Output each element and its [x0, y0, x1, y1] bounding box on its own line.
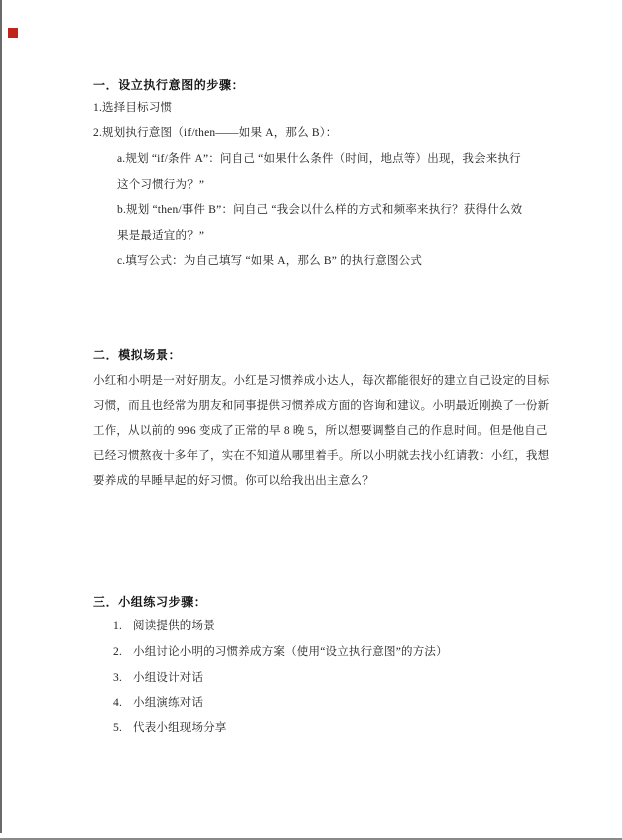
practice-step-5: 代表小组现场分享	[133, 721, 227, 735]
practice-step-4: 小组演练对话	[133, 696, 203, 710]
section-1-item-2: 2.规划执行意图（if/then——如果 A，那么 B）：	[93, 126, 337, 140]
section-2-paragraph-line-1: 小红和小明是一对好朋友。小红是习惯养成小达人，每次都能很好的建立自己设定的目标	[93, 374, 549, 388]
practice-step-3-number: 3.	[113, 671, 122, 685]
section-1-sub-a-line-2: 这个习惯行为？”	[117, 178, 204, 192]
section-1-sub-c: c.填写公式：为自己填写 “如果 A，那么 B” 的执行意图公式	[117, 254, 422, 268]
section-2-paragraph-line-5: 要养成的早睡早起的好习惯。你可以给我出出主意么？	[93, 474, 374, 488]
section-3-heading: 三．小组练习步骤：	[93, 595, 206, 609]
practice-step-1-number: 1.	[113, 619, 122, 633]
section-1-sub-a-line-1: a.规划 “if/条件 A”：问自己 “如果什么条件（时间，地点等）出现，我会来…	[117, 152, 521, 166]
section-2-paragraph-line-2: 习惯，而且也经常为朋友和同事提供习惯养成方面的咨询和建议。小明最近刚换了一份新	[93, 399, 549, 413]
practice-step-3: 小组设计对话	[133, 671, 203, 685]
practice-step-1: 阅读提供的场景	[133, 619, 215, 633]
section-2-paragraph-line-4: 已经习惯熬夜十多年了，实在不知道从哪里着手。所以小明就去找小红请教：小红，我想	[93, 449, 549, 463]
practice-step-5-number: 5.	[113, 721, 122, 735]
practice-step-2: 小组讨论小明的习惯养成方案（使用“设立执行意图”的方法）	[133, 645, 448, 659]
red-marker-icon	[8, 28, 18, 38]
practice-step-2-number: 2.	[113, 645, 122, 659]
section-1-heading: 一．设立执行意图的步骤：	[93, 78, 244, 92]
section-2-heading: 二．模拟场景：	[93, 348, 181, 362]
section-1-sub-b-line-1: b.规划 “then/事件 B”：问自己 “我会以什么样的方式和频率来执行？获得…	[117, 203, 522, 217]
practice-step-4-number: 4.	[113, 696, 122, 710]
section-2-paragraph-line-3: 工作，从以前的 996 变成了正常的早 8 晚 5，所以想要调整自己的作息时间。…	[93, 424, 548, 438]
section-1-sub-b-line-2: 果是最适宜的？”	[117, 229, 204, 243]
page-left-border	[0, 0, 2, 833]
document-page: 一．设立执行意图的步骤： 1.选择目标习惯 2.规划执行意图（if/then——…	[0, 0, 623, 840]
section-1-item-1: 1.选择目标习惯	[93, 101, 172, 115]
